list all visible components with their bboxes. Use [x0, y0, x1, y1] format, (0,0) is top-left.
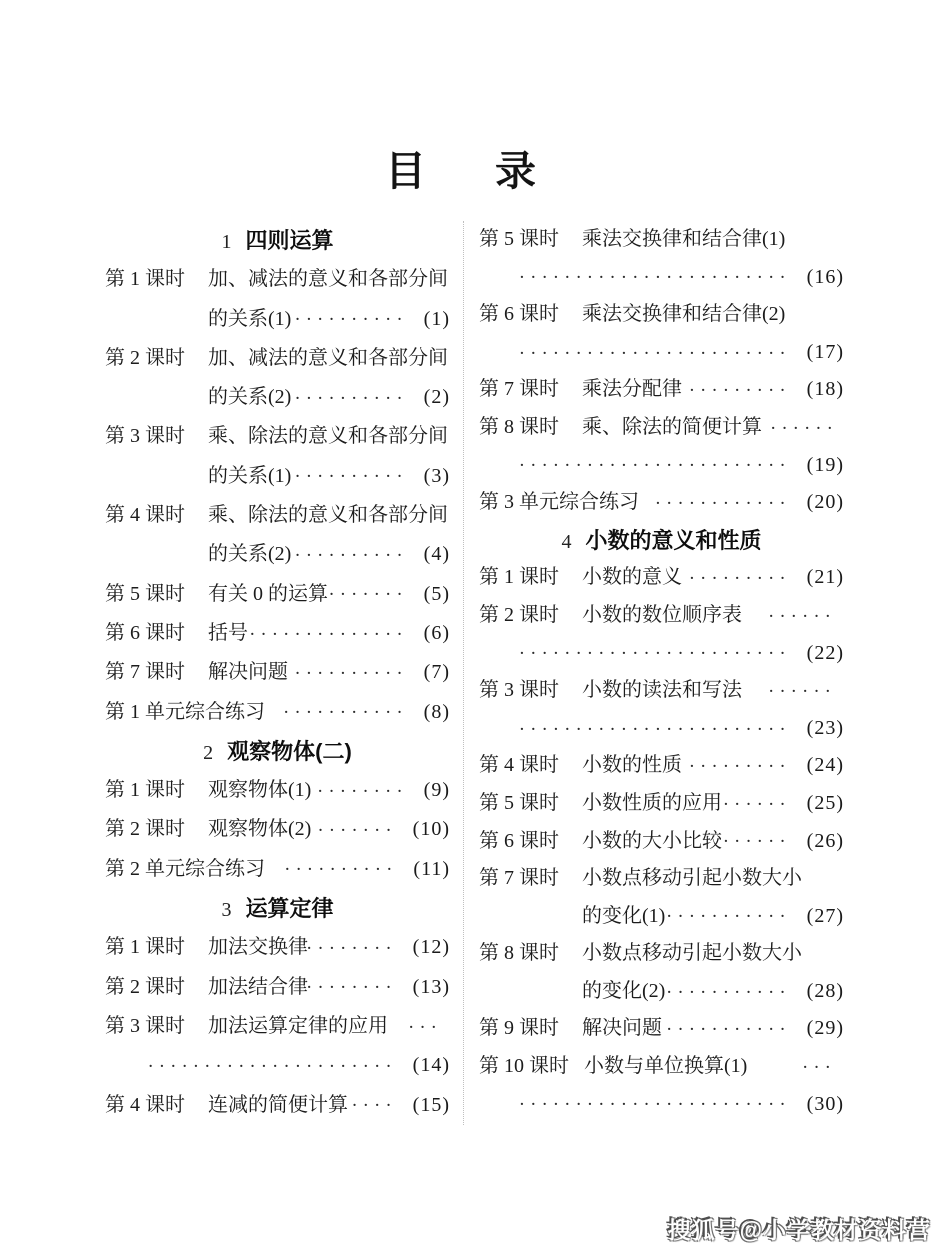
toc-line: 第 5 课时乘法交换律和结合律(1) — [479, 221, 844, 259]
toc-line: 第 3 课时加法运算定律的应用 — [105, 1007, 450, 1046]
lesson-title: 观察物体(2) — [208, 810, 311, 849]
toc-line: 第 5 课时有关 0 的运算(5) — [105, 575, 450, 614]
toc-line: 第 8 课时乘、除法的简便计算 — [479, 409, 844, 447]
dot-leader — [280, 857, 405, 881]
page-number: (20) — [799, 484, 844, 522]
section-number: 3 — [221, 899, 231, 921]
toc-line: 第 1 课时观察物体(1)(9) — [105, 771, 450, 810]
lesson-label: 第 6 课时 — [105, 614, 193, 653]
toc-line: 第 3 课时小数的读法和写法 — [479, 672, 844, 710]
section-title: 四则运算 — [245, 228, 333, 253]
toc-line: 第 7 课时小数点移动引起小数大小 — [479, 860, 844, 898]
section-title: 小数的意义和性质 — [585, 528, 761, 553]
dot-leader — [143, 1054, 405, 1078]
dot-leader — [348, 1093, 405, 1117]
lesson-title: 的变化(2) — [582, 973, 665, 1011]
lesson-title: 小数的大小比较 — [582, 823, 722, 861]
toc-line: 第 8 课时小数点移动引起小数大小 — [479, 935, 844, 973]
lesson-label: 第 5 课时 — [105, 575, 193, 614]
lesson-label: 第 7 课时 — [479, 371, 567, 409]
lesson-label: 第 4 课时 — [105, 1086, 193, 1125]
toc-line: 第 2 课时小数的数位顺序表 — [479, 597, 844, 635]
page-number: (27) — [799, 898, 844, 936]
lesson-label: 第 2 课时 — [105, 968, 193, 1007]
toc-line: 第 5 课时小数性质的应用(25) — [479, 785, 844, 823]
lesson-title: 乘法交换律和结合律(2) — [582, 296, 785, 334]
lesson-label: 第 7 课时 — [479, 860, 567, 898]
section-number: 2 — [203, 742, 213, 764]
toc-line: 第 4 课时连减的简便计算(15) — [105, 1086, 450, 1125]
dot-leader — [665, 980, 798, 1004]
page-number: (29) — [799, 1010, 844, 1048]
page-number: (19) — [799, 447, 844, 485]
lesson-label: 第 7 课时 — [105, 653, 193, 692]
lesson-title: 乘、除法的简便计算 — [582, 409, 762, 447]
lesson-title: 乘法分配律 — [582, 371, 682, 409]
page-number: (11) — [405, 850, 450, 889]
page-number: (28) — [799, 973, 844, 1011]
lesson-title: 小数的读法和写法 — [582, 672, 742, 710]
lesson-label: 第 4 课时 — [105, 496, 193, 535]
dot-leader — [291, 543, 415, 567]
lesson-label: 第 5 课时 — [479, 221, 567, 259]
dot-leader — [517, 717, 799, 741]
toc-line: (17) — [479, 334, 844, 372]
toc-line: 第 1 课时加法交换律(12) — [105, 928, 450, 967]
toc-line: 第 6 课时括号(6) — [105, 614, 450, 653]
lesson-title: 解决问题 — [582, 1010, 662, 1048]
toc-line: 的关系(1)(3) — [105, 457, 450, 496]
toc-line: 第 7 课时解决问题(7) — [105, 653, 450, 692]
lesson-title: 有关 0 的运算 — [208, 575, 328, 614]
toc-line: 的变化(1)(27) — [479, 898, 844, 936]
lesson-title: 小数的数位顺序表 — [582, 597, 742, 635]
page-number: (2) — [416, 378, 450, 417]
section-heading: 3运算定律 — [105, 889, 450, 928]
lesson-label: 第 8 课时 — [479, 409, 567, 447]
document-page: { "page": { "title": "目 录", "watermark":… — [0, 0, 935, 1250]
toc-line: 第 10 课时小数与单位换算(1) — [479, 1048, 844, 1086]
page-number: (9) — [416, 771, 450, 810]
page-number: (15) — [405, 1086, 450, 1125]
dot-leader — [722, 792, 799, 816]
dot-leader — [682, 566, 799, 590]
lesson-label: 第 3 课时 — [479, 672, 567, 710]
page-number: (1) — [416, 300, 450, 339]
lesson-title: 乘法交换律和结合律(1) — [582, 221, 785, 259]
page-number: (7) — [416, 653, 450, 692]
lesson-title: 加法结合律 — [208, 968, 308, 1007]
lesson-title: 小数的性质 — [582, 747, 682, 785]
page-number: (21) — [799, 559, 844, 597]
lesson-title: 加、减法的意义和各部分间 — [208, 339, 448, 378]
dot-leader — [722, 829, 799, 853]
lesson-label: 第 1 课时 — [479, 559, 567, 597]
toc-line: 第 1 课时加、减法的意义和各部分间 — [105, 260, 450, 299]
page-number: (4) — [416, 535, 450, 574]
page-number: (16) — [799, 259, 844, 297]
dot-leader — [517, 265, 799, 289]
toc-line: 的关系(2)(4) — [105, 535, 450, 574]
dot-leader — [747, 1055, 844, 1079]
lesson-label: 第 1 单元综合练习 — [105, 693, 265, 732]
toc-line: (23) — [479, 710, 844, 748]
page-number: (22) — [799, 635, 844, 673]
page-number: (25) — [799, 785, 844, 823]
lesson-title: 观察物体(1) — [208, 771, 311, 810]
dot-leader — [665, 904, 798, 928]
dot-leader — [311, 779, 415, 803]
lesson-label: 第 8 课时 — [479, 935, 567, 973]
lesson-label: 第 5 课时 — [479, 785, 567, 823]
toc-column-left: 1四则运算第 1 课时加、减法的意义和各部分间的关系(1)(1)第 2 课时加、… — [105, 221, 450, 1125]
lesson-title: 的关系(1) — [208, 300, 291, 339]
lesson-label: 第 6 课时 — [479, 823, 567, 861]
page-number: (18) — [799, 371, 844, 409]
dot-leader — [517, 453, 799, 477]
toc-line: 的关系(1)(1) — [105, 300, 450, 339]
lesson-title: 连减的简便计算 — [208, 1086, 348, 1125]
dot-leader — [328, 582, 416, 606]
toc-line: 第 1 课时小数的意义(21) — [479, 559, 844, 597]
lesson-label: 第 3 课时 — [105, 417, 193, 456]
section-title: 运算定律 — [245, 896, 333, 921]
lesson-label: 第 1 课时 — [105, 771, 193, 810]
toc-line: 第 2 单元综合练习(11) — [105, 850, 450, 889]
dot-leader — [762, 416, 844, 440]
lesson-title: 的变化(1) — [582, 898, 665, 936]
page-number: (6) — [416, 614, 450, 653]
toc-line: (19) — [479, 447, 844, 485]
dot-leader — [517, 1092, 799, 1116]
lesson-title: 乘、除法的意义和各部分间 — [208, 417, 448, 456]
section-heading: 4小数的意义和性质 — [479, 522, 844, 560]
page-number: (5) — [416, 575, 450, 614]
lesson-label: 第 3 单元综合练习 — [479, 484, 639, 522]
dot-leader — [517, 341, 799, 365]
dot-leader — [517, 641, 799, 665]
dot-leader — [662, 1017, 799, 1041]
dot-leader — [682, 378, 799, 402]
dot-leader — [742, 604, 844, 628]
lesson-label: 第 1 课时 — [105, 260, 193, 299]
toc-column-right: 第 5 课时乘法交换律和结合律(1)(16)第 6 课时乘法交换律和结合律(2)… — [479, 221, 844, 1123]
toc-line: 第 6 课时乘法交换律和结合律(2) — [479, 296, 844, 334]
lesson-title: 小数点移动引起小数大小 — [582, 935, 802, 973]
toc-line: 第 4 课时小数的性质(24) — [479, 747, 844, 785]
lesson-title: 的关系(1) — [208, 457, 291, 496]
dot-leader — [280, 700, 416, 724]
lesson-label: 第 2 课时 — [105, 810, 193, 849]
lesson-title: 加法交换律 — [208, 928, 308, 967]
page-number: (26) — [799, 823, 844, 861]
page-number: (12) — [405, 928, 450, 967]
section-heading: 2观察物体(二) — [105, 732, 450, 771]
toc-line: (16) — [479, 259, 844, 297]
dot-leader — [311, 818, 404, 842]
lesson-title: 小数性质的应用 — [582, 785, 722, 823]
toc-line: 第 6 课时小数的大小比较(26) — [479, 823, 844, 861]
lesson-title: 乘、除法的意义和各部分间 — [208, 496, 448, 535]
lesson-label: 第 2 单元综合练习 — [105, 850, 265, 889]
lesson-label: 第 4 课时 — [479, 747, 567, 785]
dot-leader — [288, 661, 416, 685]
page-number: (24) — [799, 747, 844, 785]
dot-leader — [742, 679, 844, 703]
dot-leader — [291, 386, 415, 410]
toc-line: 第 2 课时观察物体(2)(10) — [105, 810, 450, 849]
section-heading: 1四则运算 — [105, 221, 450, 260]
dot-leader — [308, 975, 405, 999]
lesson-title: 小数与单位换算(1) — [584, 1048, 747, 1086]
toc-line: 第 2 课时加、减法的意义和各部分间 — [105, 339, 450, 378]
lesson-label: 第 3 课时 — [105, 1007, 193, 1046]
toc-line: 第 3 单元综合练习(20) — [479, 484, 844, 522]
dot-leader — [291, 464, 415, 488]
toc-line: (14) — [105, 1046, 450, 1085]
dot-leader — [308, 936, 405, 960]
page-number: (30) — [799, 1086, 844, 1124]
lesson-title: 的关系(2) — [208, 378, 291, 417]
page-number: (8) — [416, 693, 450, 732]
dot-leader — [248, 622, 416, 646]
lesson-title: 加、减法的意义和各部分间 — [208, 260, 448, 299]
dot-leader — [388, 1015, 450, 1039]
toc-line: 的关系(2)(2) — [105, 378, 450, 417]
page-number: (10) — [405, 810, 450, 849]
lesson-label: 第 1 课时 — [105, 928, 193, 967]
watermark-text: 搜狐号@小学教材资料营 — [668, 1212, 931, 1245]
toc-line: 第 7 课时乘法分配律(18) — [479, 371, 844, 409]
toc-line: 的变化(2)(28) — [479, 973, 844, 1011]
toc-line: 第 1 单元综合练习(8) — [105, 693, 450, 732]
lesson-title: 的关系(2) — [208, 535, 291, 574]
lesson-title: 加法运算定律的应用 — [208, 1007, 388, 1046]
lesson-title: 小数点移动引起小数大小 — [582, 860, 802, 898]
page-number: (23) — [799, 710, 844, 748]
toc-line: 第 4 课时乘、除法的意义和各部分间 — [105, 496, 450, 535]
lesson-title: 括号 — [208, 614, 248, 653]
dot-leader — [291, 307, 415, 331]
page-number: (3) — [416, 457, 450, 496]
toc-columns: 1四则运算第 1 课时加、减法的意义和各部分间的关系(1)(1)第 2 课时加、… — [105, 221, 844, 1125]
lesson-label: 第 6 课时 — [479, 296, 567, 334]
page-number: (14) — [405, 1046, 450, 1085]
toc-line: 第 2 课时加法结合律(13) — [105, 968, 450, 1007]
page-title: 目 录 — [0, 138, 935, 197]
page-number: (13) — [405, 968, 450, 1007]
lesson-title: 小数的意义 — [582, 559, 682, 597]
lesson-label: 第 2 课时 — [105, 339, 193, 378]
section-title: 观察物体(二) — [227, 739, 352, 764]
section-number: 1 — [221, 231, 231, 253]
lesson-label: 第 9 课时 — [479, 1010, 567, 1048]
column-divider — [463, 221, 464, 1125]
toc-line: (22) — [479, 635, 844, 673]
toc-line: 第 3 课时乘、除法的意义和各部分间 — [105, 417, 450, 456]
page-number: (17) — [799, 334, 844, 372]
toc-line: 第 9 课时解决问题(29) — [479, 1010, 844, 1048]
lesson-title: 解决问题 — [208, 653, 288, 692]
dot-leader — [654, 491, 799, 515]
dot-leader — [682, 754, 799, 778]
toc-line: (30) — [479, 1086, 844, 1124]
lesson-label: 第 2 课时 — [479, 597, 567, 635]
lesson-label: 第 10 课时 — [479, 1048, 569, 1086]
section-number: 4 — [561, 531, 571, 553]
